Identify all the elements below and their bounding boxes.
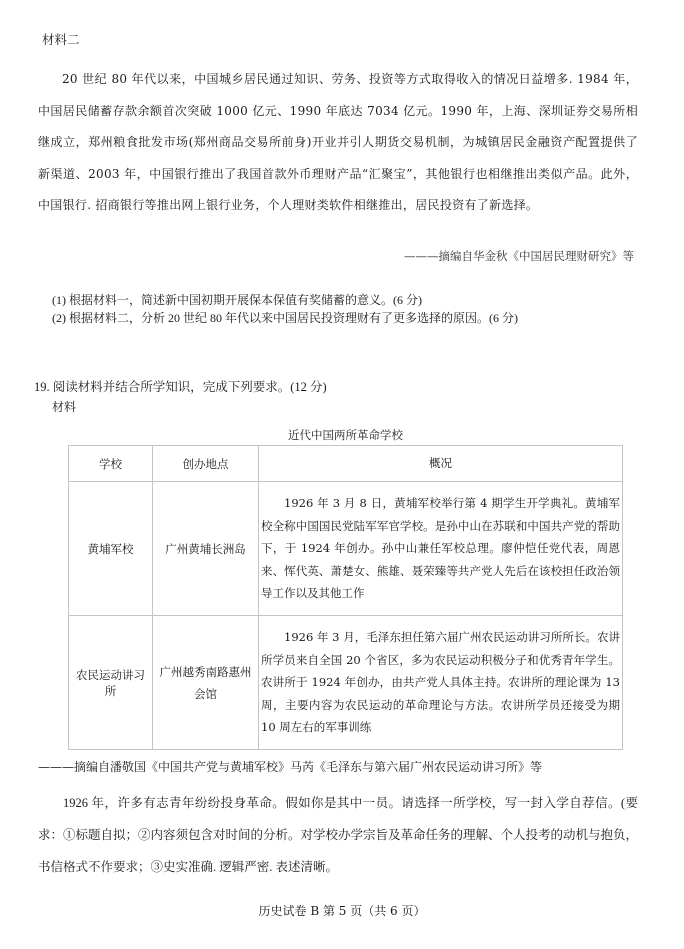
material2-source: ———摘编自华金秋《中国居民理财研究》等 [404,248,634,264]
question-19-title: 19. 阅读材料并结合所学知识，完成下列要求。(12 分) [34,377,327,395]
schools-table: 学校 创办地点 概况 黄埔军校 广州黄埔长洲岛 1926 年 3 月 8 日，黄… [68,445,623,750]
question-18-2: (2) 根据材料二，分析 20 世纪 80 年代以来中国居民投资理财有了更多选择… [52,309,518,326]
table-caption: 近代中国两所革命学校 [68,427,623,443]
cell-overview: 1926 年 3 月，毛泽东担任第六届广州农民运动讲习所所长。农讲所学员来自全国… [259,616,623,750]
question-18-1: (1) 根据材料一，简述新中国初期开展保本保值有奖储蓄的意义。(6 分) [52,291,422,308]
cell-school: 黄埔军校 [69,482,153,616]
header-location: 创办地点 [153,446,259,482]
overview-text: 1926 年 3 月，毛泽东担任第六届广州农民运动讲习所所长。农讲所学员来自全国… [261,626,620,739]
question-19-task: 1926 年，许多有志青年纷纷投身革命。假如你是其中一员。请选择一所学校，写一封… [38,787,638,883]
table-header-row: 学校 创办地点 概况 [69,446,623,482]
page-footer: 历史试卷 B 第 5 页（共 6 页） [0,902,684,919]
cell-overview: 1926 年 3 月 8 日，黄埔军校举行第 4 期学生开学典礼。黄埔军校全称中… [259,482,623,616]
header-overview: 概况 [259,446,623,482]
table-row: 黄埔军校 广州黄埔长洲岛 1926 年 3 月 8 日，黄埔军校举行第 4 期学… [69,482,623,616]
cell-school: 农民运动讲习所 [69,616,153,750]
cell-location: 广州黄埔长洲岛 [153,482,259,616]
cell-location: 广州越秀南路惠州会馆 [153,616,259,750]
material2-heading: 材料二 [42,30,80,48]
table-row: 农民运动讲习所 广州越秀南路惠州会馆 1926 年 3 月，毛泽东担任第六届广州… [69,616,623,750]
header-school: 学校 [69,446,153,482]
material-label: 材料 [52,398,76,415]
question-19-source: ———摘编自潘敬国《中国共产党与黄埔军校》马芮《毛泽东与第六届广州农民运动讲习所… [38,758,542,775]
material2-paragraph: 20 世纪 80 年代以来，中国城乡居民通过知识、劳务、投资等方式取得收入的情况… [38,64,638,222]
overview-text: 1926 年 3 月 8 日，黄埔军校举行第 4 期学生开学典礼。黄埔军校全称中… [261,492,620,605]
